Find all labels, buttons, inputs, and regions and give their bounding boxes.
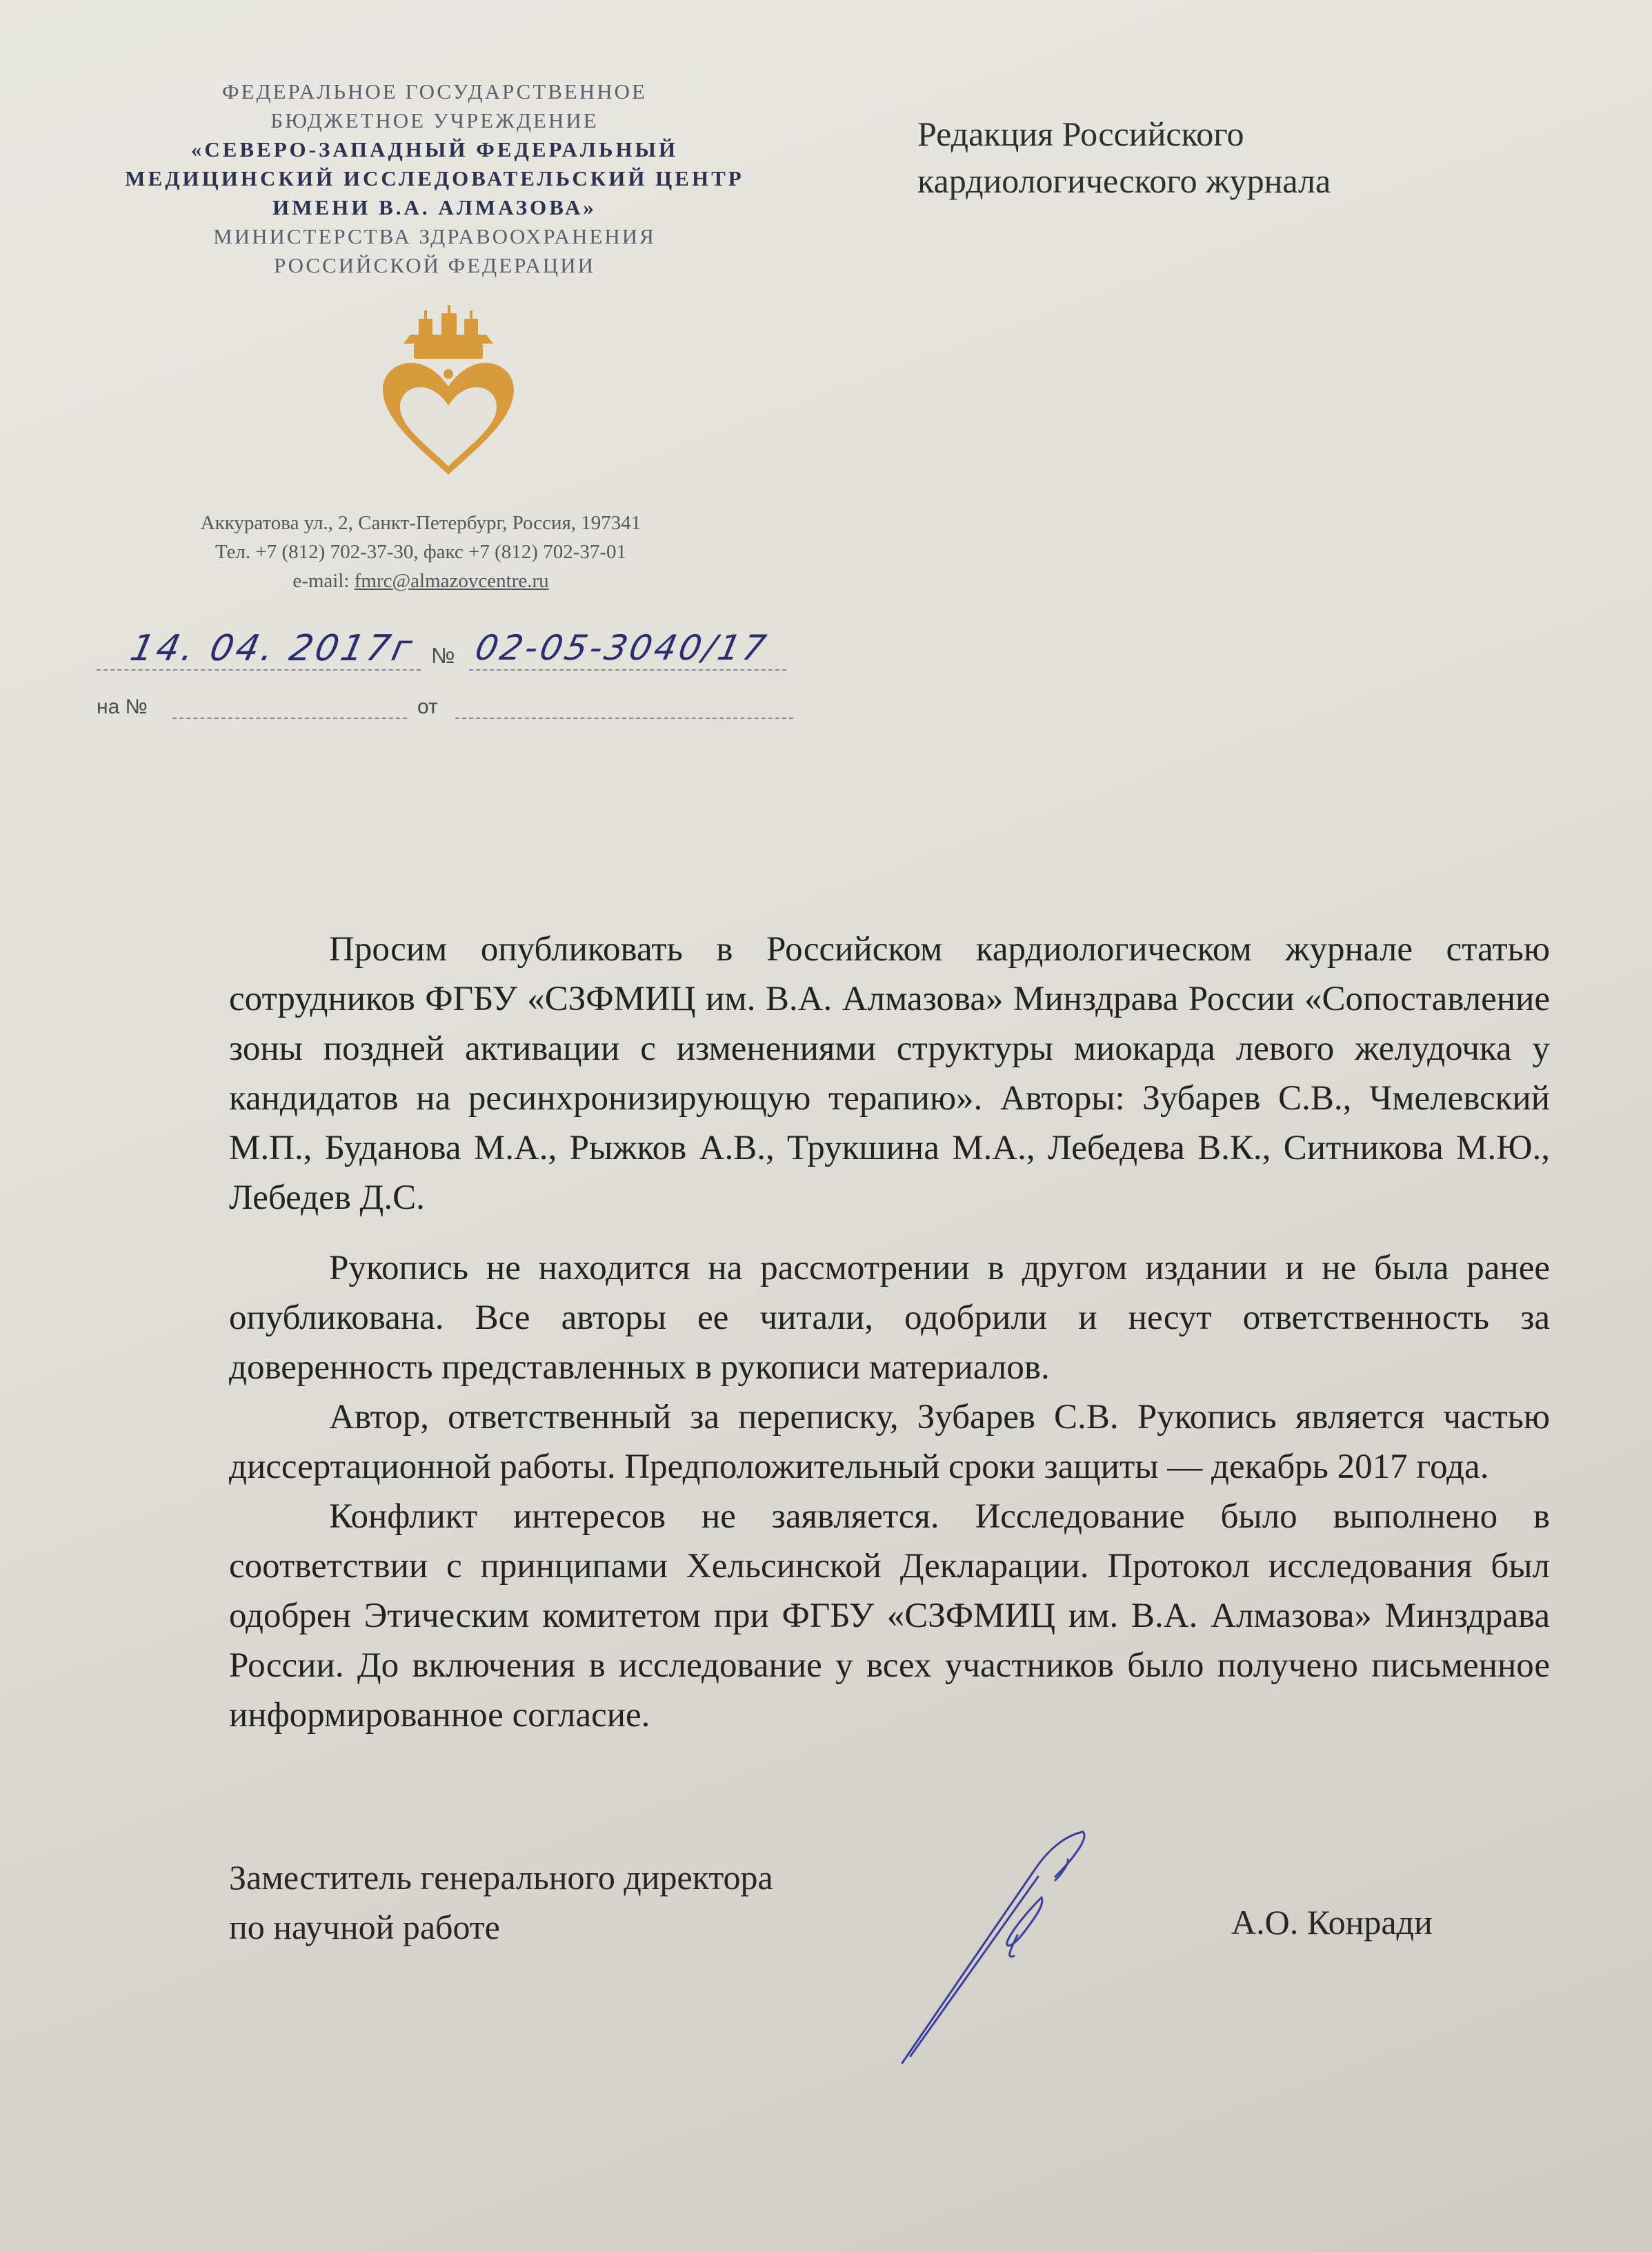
- address: Аккуратова ул., 2, Санкт-Петербург, Росс…: [110, 508, 731, 537]
- email-label: e-mail:: [292, 570, 354, 592]
- body-paragraph: Рукопись не находится на рассмотрении в …: [229, 1243, 1550, 1392]
- registration-line: 14. 04. 2017г № 02-05-3040/17: [97, 621, 814, 676]
- letterhead-line: ИМЕНИ В.А. АЛМАЗОВА»: [90, 193, 779, 222]
- signatory-name: А.О. Конради: [1231, 1897, 1433, 1947]
- handwritten-signature-icon: [883, 1821, 1159, 2070]
- signatory-title-line: по научной работе: [229, 1902, 773, 1952]
- registration-date-handwritten: 14. 04. 2017г: [127, 628, 419, 669]
- date-blank-line: [97, 669, 421, 671]
- addressee-line: Редакция Российского: [917, 110, 1331, 157]
- body-paragraph: Конфликт интересов не заявляется. Исслед…: [229, 1492, 1550, 1740]
- letterhead-line: МЕДИЦИНСКИЙ ИССЛЕДОВАТЕЛЬСКИЙ ЦЕНТР: [90, 164, 779, 193]
- reference-from-label: от: [417, 695, 438, 719]
- addressee: Редакция Российского кардиологического ж…: [917, 110, 1331, 204]
- letter-body: Просим опубликовать в Российском кардиол…: [229, 925, 1550, 1740]
- letterhead-contacts: Аккуратова ул., 2, Санкт-Петербург, Росс…: [110, 508, 731, 595]
- letterhead-line: ФЕДЕРАЛЬНОЕ ГОСУДАРСТВЕННОЕ: [90, 77, 779, 106]
- letterhead: ФЕДЕРАЛЬНОЕ ГОСУДАРСТВЕННОЕ БЮДЖЕТНОЕ УЧ…: [90, 77, 779, 280]
- letterhead-line: БЮДЖЕТНОЕ УЧРЕЖДЕНИЕ: [90, 106, 779, 135]
- heart-crown-logo-icon: [376, 304, 521, 476]
- email-link[interactable]: fmrc@almazovcentre.ru: [355, 570, 549, 592]
- letterhead-line: «СЕВЕРО-ЗАПАДНЫЙ ФЕДЕРАЛЬНЫЙ: [90, 135, 779, 164]
- signatory-title-line: Заместитель генерального директора: [229, 1853, 773, 1902]
- letterhead-line: РОССИЙСКОЙ ФЕДЕРАЦИИ: [90, 251, 779, 280]
- body-paragraph: Автор, ответственный за переписку, Зубар…: [229, 1392, 1550, 1492]
- reference-from-blank: [455, 718, 793, 719]
- number-label: №: [431, 643, 455, 669]
- phone-fax: Тел. +7 (812) 702-37-30, факс +7 (812) 7…: [110, 537, 731, 566]
- reference-number-blank: [172, 718, 407, 719]
- body-paragraph: Просим опубликовать в Российском кардиол…: [229, 925, 1550, 1223]
- number-blank-line: [469, 669, 786, 671]
- addressee-line: кардиологического журнала: [917, 157, 1331, 204]
- reference-line: на № от: [97, 690, 814, 731]
- letterhead-line: МИНИСТЕРСТВА ЗДРАВООХРАНЕНИЯ: [90, 222, 779, 251]
- reference-number-label: на №: [97, 695, 148, 719]
- registration-number-handwritten: 02-05-3040/17: [472, 628, 772, 668]
- letter-page: ФЕДЕРАЛЬНОЕ ГОСУДАРСТВЕННОЕ БЮДЖЕТНОЕ УЧ…: [0, 0, 1652, 2252]
- email-line: e-mail: fmrc@almazovcentre.ru: [110, 566, 731, 595]
- signatory-title: Заместитель генерального директора по на…: [229, 1853, 773, 1952]
